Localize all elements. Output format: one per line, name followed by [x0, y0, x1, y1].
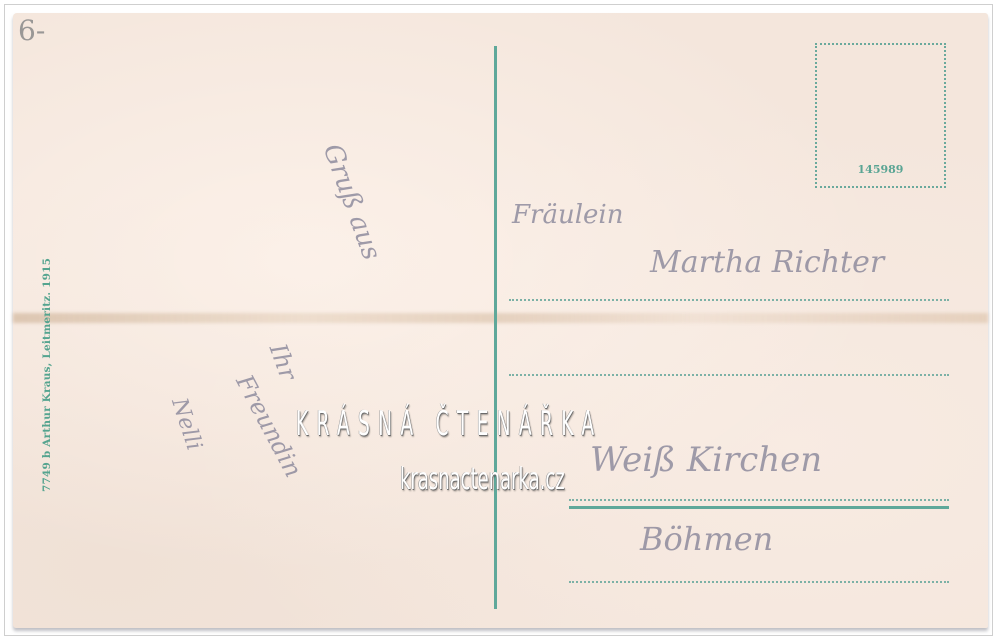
address-line-2: [509, 374, 949, 376]
handwritten-recipient-name: Martha Richter: [650, 245, 884, 280]
watermark-title: KRÁSNÁ ČTENÁŘKA: [296, 404, 709, 444]
address-underline: [569, 506, 949, 509]
address-line-1: [509, 299, 949, 301]
stamp-box-number: 145989: [817, 163, 944, 176]
stamp-box: 145989: [815, 43, 946, 188]
postcard-back: 7749 b Arthur Kraus, Leitmeritz. 1915 14…: [13, 13, 988, 628]
corner-handwritten-mark: 6-: [18, 14, 45, 47]
handwritten-recipient-country: Böhmen: [640, 520, 773, 558]
handwritten-address-salutation: Fräulein: [512, 200, 623, 230]
handwritten-recipient-town: Weiß Kirchen: [590, 440, 822, 480]
watermark-url: krasnactenarka.cz: [400, 462, 604, 497]
center-divider-line: [494, 46, 497, 609]
address-line-4: [569, 581, 949, 583]
publisher-imprint: 7749 b Arthur Kraus, Leitmeritz. 1915: [41, 258, 53, 492]
fold-crease: [13, 313, 988, 323]
address-line-3: [569, 499, 949, 501]
